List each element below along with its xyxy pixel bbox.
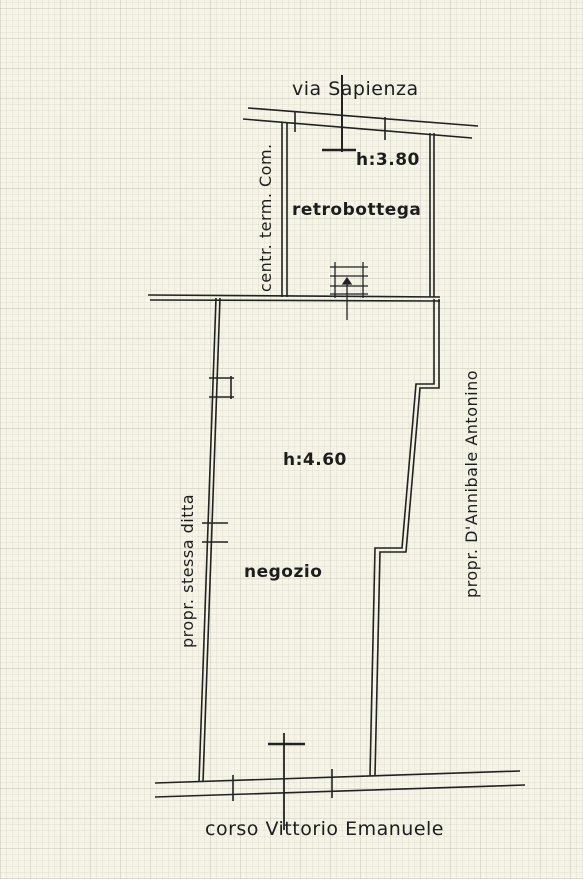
negozio-right-wall xyxy=(370,299,439,776)
street-line-top xyxy=(243,108,478,140)
negozio-label: negozio xyxy=(244,562,322,582)
negozio-height-label: h:4.60 xyxy=(283,450,347,470)
retrobottega-label: retrobottega xyxy=(292,200,421,220)
middle-wall xyxy=(148,295,440,301)
street-label-bottom: corso Vittorio Emanuele xyxy=(205,818,444,840)
neighbor-label-right: propr. D'Annibale Antonino xyxy=(462,370,481,598)
negozio-left-wall xyxy=(199,298,234,782)
floor-plan-drawing xyxy=(0,0,583,879)
entrance-marker-bottom-icon xyxy=(268,733,305,830)
street-label-top: via Sapienza xyxy=(292,78,419,100)
retrobottega-height-label: h:3.80 xyxy=(356,150,420,170)
stair-icon xyxy=(330,262,368,320)
street-line-bottom xyxy=(155,769,525,801)
neighbor-label-left-top: centr. term. Com. xyxy=(256,143,275,292)
neighbor-label-left: propr. stessa ditta xyxy=(178,494,197,648)
